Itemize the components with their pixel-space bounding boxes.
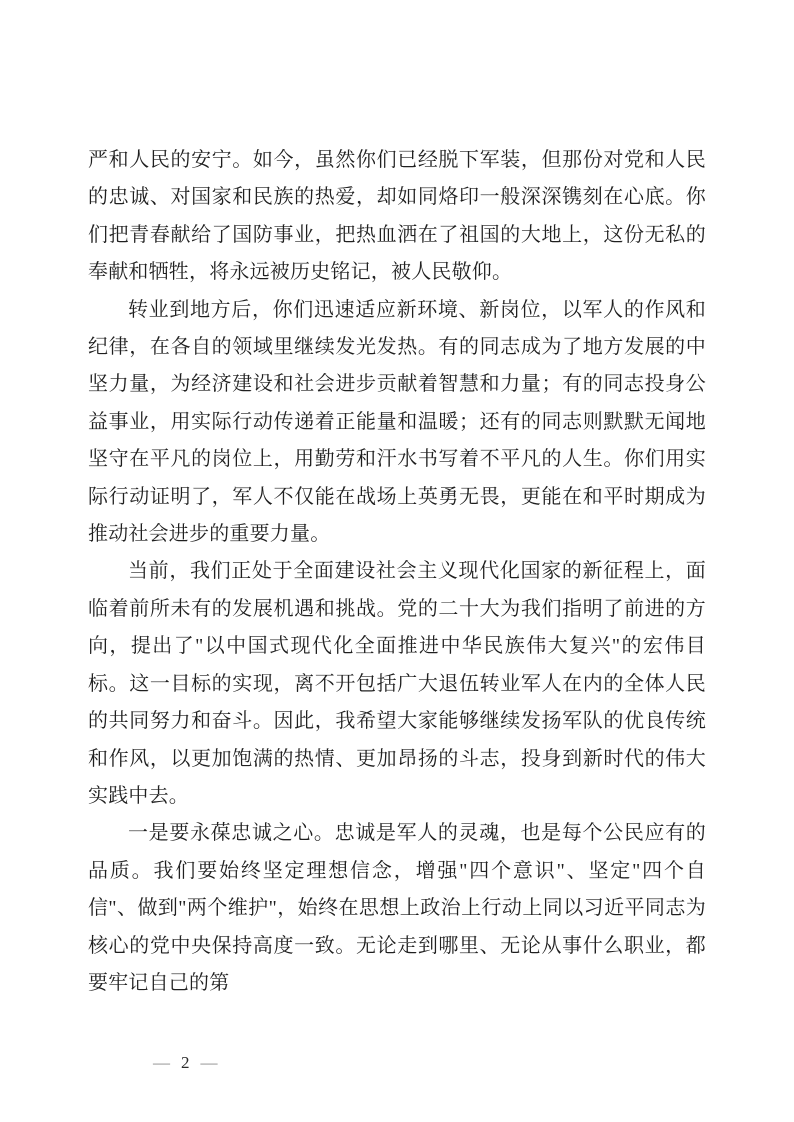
paragraph-1: 严和人民的安宁。如今，虽然你们已经脱下军装，但那份对党和人民的忠诚、对国家和民族…	[88, 142, 706, 292]
page-number-dash-right: —	[201, 1053, 220, 1072]
paragraph-2: 转业到地方后，你们迅速适应新环境、新岗位，以军人的作风和纪律，在各自的领域里继续…	[88, 292, 706, 554]
page-number-footer: —2—	[128, 1030, 220, 1096]
page-number: 2	[172, 1053, 201, 1072]
page-number-dash-left: —	[153, 1053, 172, 1072]
paragraph-3: 当前，我们正处于全面建设社会主义现代化国家的新征程上，面临着前所未有的发展机遇和…	[88, 553, 706, 815]
paragraph-4: 一是要永葆忠诚之心。忠诚是军人的灵魂，也是每个公民应有的品质。我们要始终坚定理想…	[88, 815, 706, 1002]
document-page: 严和人民的安宁。如今，虽然你们已经脱下军装，但那份对党和人民的忠诚、对国家和民族…	[0, 0, 794, 1122]
document-body: 严和人民的安宁。如今，虽然你们已经脱下军装，但那份对党和人民的忠诚、对国家和民族…	[88, 142, 706, 1002]
